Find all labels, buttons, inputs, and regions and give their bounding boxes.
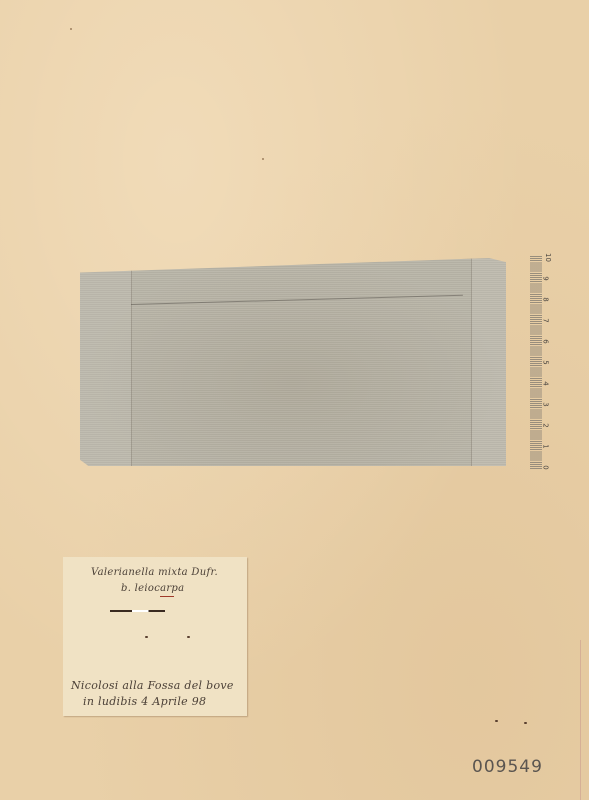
ruler-number: 9	[542, 276, 549, 280]
ruler-number: 1	[542, 444, 549, 448]
label-variety: b. leiocarpa	[121, 583, 184, 594]
herbarium-sheet: 10 9 8 7 6 5 4 3 2 1 0 Valerianella mixt…	[0, 0, 589, 800]
ruler-number: 4	[542, 381, 549, 385]
packet-fold-left	[80, 270, 132, 466]
packet-crease	[131, 294, 463, 304]
label-locality: Nicolosi alla Fossa del bove	[71, 679, 234, 692]
dust-speck	[262, 158, 264, 160]
label-taxon: Valerianella mixta Dufr.	[91, 567, 218, 578]
ruler-number: 10	[544, 253, 551, 262]
scale-ruler: 10 9 8 7 6 5 4 3 2 1 0	[530, 256, 552, 470]
ruler-number: 7	[542, 318, 549, 322]
ruler-number: 6	[542, 339, 549, 343]
specimen-label: Valerianella mixta Dufr. b. leiocarpa Ni…	[63, 557, 247, 716]
label-date: in ludibis 4 Aprile 98	[83, 695, 206, 708]
ruler-number: 5	[542, 360, 549, 364]
stitch-hole	[495, 720, 498, 722]
label-underline	[160, 596, 174, 597]
ruler-number: 2	[542, 423, 549, 427]
dust-speck	[70, 28, 72, 30]
stitch-hole	[145, 636, 148, 638]
stitch-thread	[110, 610, 165, 612]
ruler-number: 3	[542, 402, 549, 406]
packet-fold-right	[471, 258, 506, 466]
ruler-number: 8	[542, 297, 549, 301]
catalog-number: 009549	[472, 757, 543, 777]
stitch-hole	[524, 722, 527, 724]
specimen-packet	[80, 258, 506, 466]
ruler-ticks	[530, 256, 542, 470]
ruler-number: 0	[542, 465, 549, 469]
sheet-edge	[580, 640, 581, 800]
stitch-hole	[187, 636, 190, 638]
